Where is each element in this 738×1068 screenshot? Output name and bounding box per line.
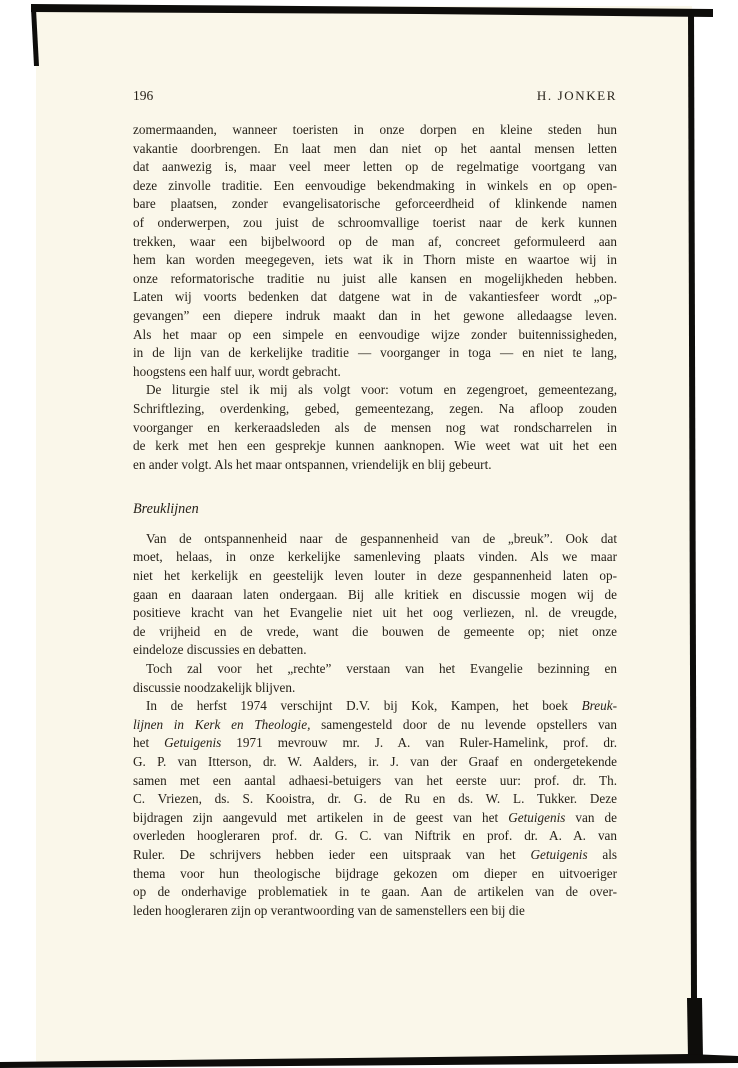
scan-border-right [688,9,697,1000]
scan-border-bottom [0,1054,738,1068]
scan-borders [0,0,738,1068]
scan-border-left-corner [31,8,39,66]
scan-border-top [31,4,713,17]
scan-border-right-bottom-bar [687,998,703,1058]
